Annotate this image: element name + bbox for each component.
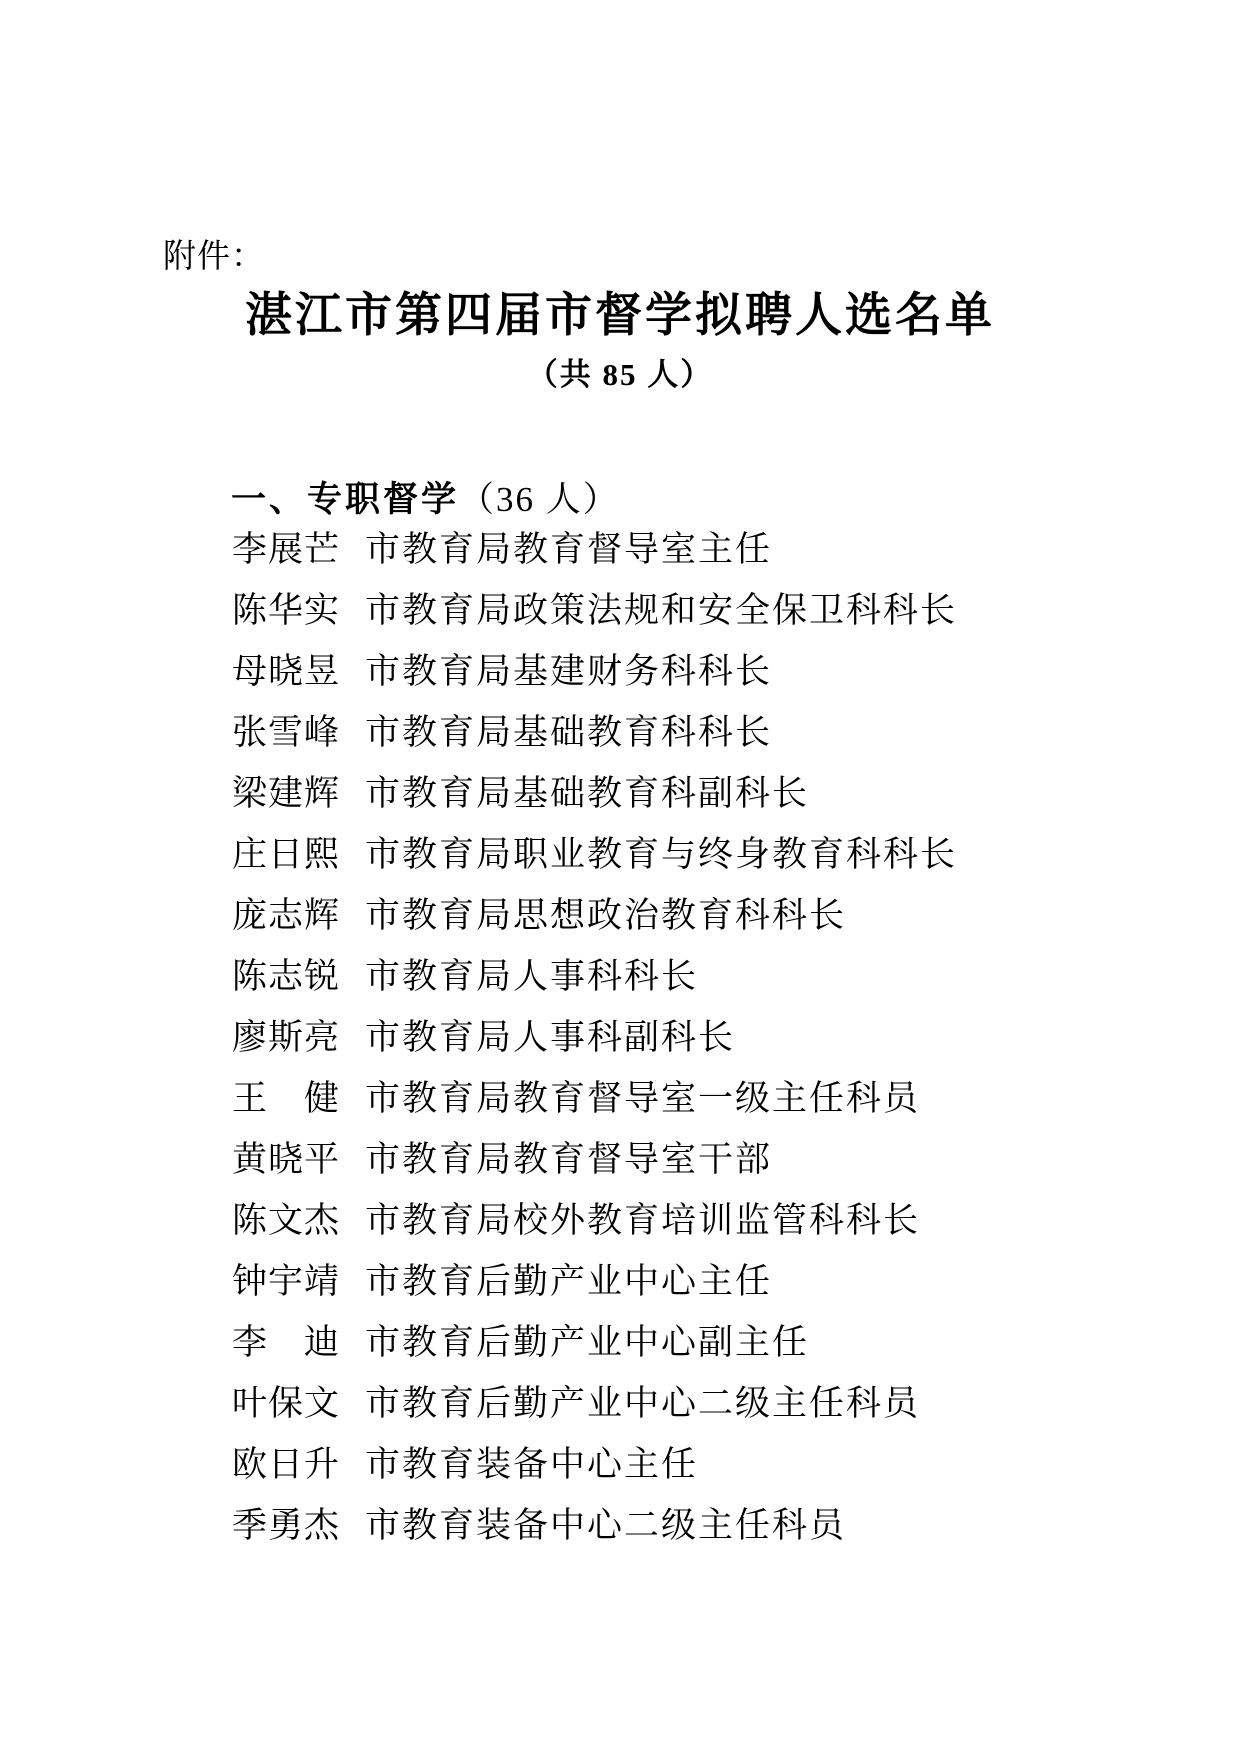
list-item: 陈志锐市教育局人事科科长 bbox=[232, 957, 957, 997]
person-position: 市教育后勤产业中心二级主任科员 bbox=[365, 1384, 920, 1423]
person-position: 市教育局职业教育与终身教育科科长 bbox=[365, 835, 957, 874]
list-item: 陈文杰市教育局校外教育培训监管科科长 bbox=[232, 1201, 957, 1241]
list-item: 庄日熙市教育局职业教育与终身教育科科长 bbox=[232, 835, 957, 875]
section-heading: 一、专职督学（36 人） bbox=[231, 472, 620, 522]
person-position: 市教育局人事科科长 bbox=[365, 957, 698, 996]
list-item: 叶保文市教育后勤产业中心二级主任科员 bbox=[232, 1384, 957, 1424]
person-name: 钟宇靖 bbox=[232, 1262, 365, 1302]
person-position: 市教育局政策法规和安全保卫科科长 bbox=[365, 591, 957, 630]
person-name: 叶保文 bbox=[232, 1384, 365, 1424]
list-item: 母晓昱市教育局基建财务科科长 bbox=[232, 652, 957, 692]
attachment-label: 附件： bbox=[163, 230, 265, 277]
person-position: 市教育局思想政治教育科科长 bbox=[365, 896, 846, 935]
person-name: 陈文杰 bbox=[232, 1201, 365, 1241]
person-name: 季勇杰 bbox=[232, 1506, 365, 1546]
person-position: 市教育局教育督导室一级主任科员 bbox=[365, 1079, 920, 1118]
list-item: 欧日升市教育装备中心主任 bbox=[232, 1445, 957, 1485]
person-position: 市教育局人事科副科长 bbox=[365, 1018, 735, 1057]
person-position: 市教育局教育督导室干部 bbox=[365, 1140, 772, 1179]
person-name: 李 迪 bbox=[232, 1323, 365, 1363]
list-item: 张雪峰市教育局基础教育科科长 bbox=[232, 713, 957, 753]
list-item: 李展芒市教育局教育督导室主任 bbox=[232, 530, 957, 570]
person-position: 市教育装备中心二级主任科员 bbox=[365, 1506, 846, 1545]
person-name: 庄日熙 bbox=[232, 835, 365, 875]
person-name: 廖斯亮 bbox=[232, 1018, 365, 1058]
person-name: 庞志辉 bbox=[232, 896, 365, 936]
list-item: 李 迪市教育后勤产业中心副主任 bbox=[232, 1323, 957, 1363]
list-item: 庞志辉市教育局思想政治教育科科长 bbox=[232, 896, 957, 936]
person-position: 市教育局基建财务科科长 bbox=[365, 652, 772, 691]
person-position: 市教育装备中心主任 bbox=[365, 1445, 698, 1484]
document-page: 附件： 湛江市第四届市督学拟聘人选名单 （共 85 人） 一、专职督学（36 人… bbox=[0, 0, 1240, 1754]
person-name: 陈华实 bbox=[232, 591, 365, 631]
section-heading-count: （36 人） bbox=[459, 480, 620, 519]
person-name: 王 健 bbox=[232, 1079, 365, 1119]
person-position: 市教育后勤产业中心主任 bbox=[365, 1262, 772, 1301]
list-item: 廖斯亮市教育局人事科副科长 bbox=[232, 1018, 957, 1058]
list-item: 王 健市教育局教育督导室一级主任科员 bbox=[232, 1079, 957, 1119]
list-item: 梁建辉市教育局基础教育科副科长 bbox=[232, 774, 957, 814]
person-name: 欧日升 bbox=[232, 1445, 365, 1485]
document-subtitle: （共 85 人） bbox=[0, 349, 1240, 394]
list-item: 陈华实市教育局政策法规和安全保卫科科长 bbox=[232, 591, 957, 631]
person-name: 陈志锐 bbox=[232, 957, 365, 997]
list-item: 钟宇靖市教育后勤产业中心主任 bbox=[232, 1262, 957, 1302]
list-item: 黄晓平市教育局教育督导室干部 bbox=[232, 1140, 957, 1180]
person-name: 李展芒 bbox=[232, 530, 365, 570]
person-name: 母晓昱 bbox=[232, 652, 365, 692]
person-name: 梁建辉 bbox=[232, 774, 365, 814]
person-position: 市教育局校外教育培训监管科科长 bbox=[365, 1201, 920, 1240]
person-name: 张雪峰 bbox=[232, 713, 365, 753]
person-position: 市教育局基础教育科科长 bbox=[365, 713, 772, 752]
person-name: 黄晓平 bbox=[232, 1140, 365, 1180]
person-position: 市教育后勤产业中心副主任 bbox=[365, 1323, 809, 1362]
list-item: 季勇杰市教育装备中心二级主任科员 bbox=[232, 1506, 957, 1546]
section-heading-label: 一、专职督学 bbox=[231, 480, 459, 519]
person-position: 市教育局教育督导室主任 bbox=[365, 530, 772, 569]
document-title: 湛江市第四届市督学拟聘人选名单 bbox=[0, 278, 1240, 345]
roster-list: 李展芒市教育局教育督导室主任陈华实市教育局政策法规和安全保卫科科长母晓昱市教育局… bbox=[232, 530, 957, 1567]
person-position: 市教育局基础教育科副科长 bbox=[365, 774, 809, 813]
